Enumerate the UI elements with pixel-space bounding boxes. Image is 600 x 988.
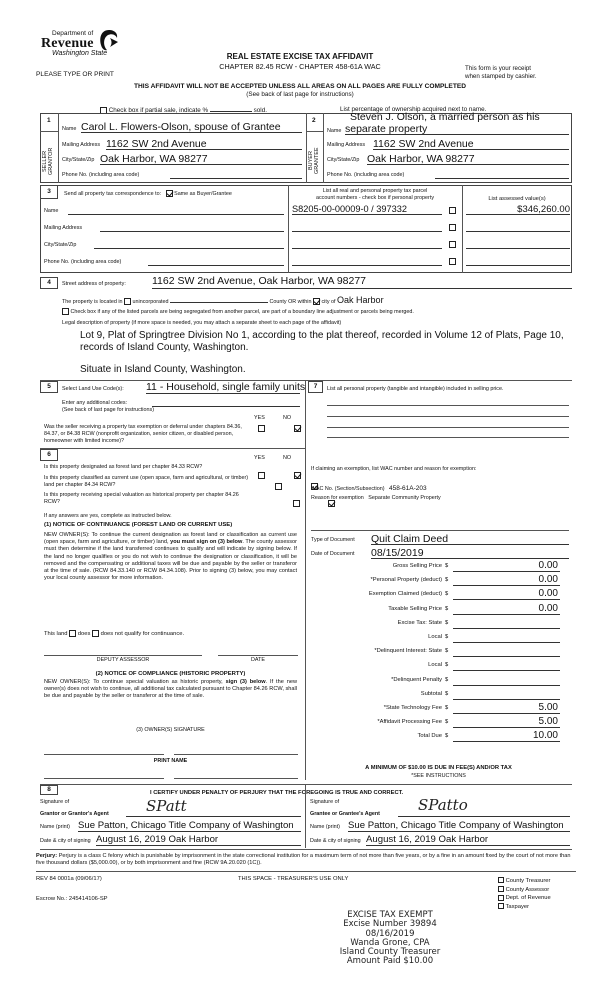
buyer-phone-field[interactable] — [435, 170, 569, 179]
personal-property-checkbox[interactable] — [449, 241, 456, 248]
notice-compliance-title: (2) NOTICE OF COMPLIANCE (HISTORIC PROPE… — [44, 671, 297, 677]
owner-signature-line[interactable] — [174, 754, 298, 755]
copy-checkbox[interactable] — [498, 886, 504, 892]
escrow-label: Escrow No.: — [36, 896, 67, 902]
fee-row: *Personal Property (deduct) $ 0.00 — [305, 575, 560, 586]
grantee-sig-label: Signature of — [310, 799, 339, 805]
designation-yes-checkbox[interactable] — [275, 483, 282, 490]
section-5-number: 5 — [40, 381, 58, 393]
city-of-value[interactable]: Oak Harbor — [337, 295, 384, 305]
deputy-assessor-label: DEPUTY ASSESSOR — [44, 657, 202, 663]
print-name-label: PRINT NAME — [44, 758, 297, 764]
personal-property-label: List all personal property (tangible and… — [327, 386, 504, 392]
fee-value: 0.00 — [539, 603, 558, 614]
grantor-agent-label: Grantor or Grantor's Agent — [40, 811, 109, 817]
seller-address-field[interactable]: 1162 SW 2nd Avenue — [106, 138, 302, 150]
dollar-sign: $ — [445, 591, 448, 597]
corr-address-label: Mailing Address — [44, 225, 82, 231]
fee-amount-field[interactable] — [453, 599, 560, 600]
corr-phone-label: Phone No. (including area code) — [44, 259, 121, 265]
personal-property-line[interactable] — [327, 437, 569, 438]
personal-property-line[interactable] — [327, 405, 569, 406]
fee-amount-field[interactable] — [453, 571, 560, 572]
county-label: County OR within — [270, 299, 312, 305]
does-not-label: does not qualify for continuance. — [101, 631, 184, 637]
reason-value[interactable]: Separate Community Property — [368, 495, 441, 501]
personal-property-checkbox[interactable] — [449, 207, 456, 214]
partial-sale-percent-field[interactable] — [210, 105, 252, 112]
unincorporated-checkbox[interactable] — [124, 298, 131, 305]
fee-row: Local $ — [305, 632, 560, 643]
legal-description-line[interactable]: records of Island County, Washington. — [80, 342, 248, 353]
parcel-row: S8205-00-00009-0 / 397332 — [292, 206, 462, 216]
corr-address-field[interactable] — [100, 223, 284, 232]
assessed-value-field[interactable]: $346,260.00 — [466, 204, 570, 215]
grantor-signature-field[interactable]: SPatt — [126, 800, 301, 817]
designation-question: Is this property receiving special valua… — [44, 492, 249, 506]
county-field[interactable] — [170, 297, 268, 303]
send-correspondence-label: Send all property tax correspondence to: — [64, 191, 161, 197]
segregated-checkbox[interactable] — [62, 308, 69, 315]
buyer-address-field[interactable]: 1162 SW 2nd Avenue — [373, 138, 569, 150]
seller-name-label: Name — [62, 126, 76, 132]
fee-label: *Affidavit Processing Fee — [377, 719, 442, 725]
copy-recipient: Taxpayer — [498, 903, 551, 912]
section-2-number: 2 — [312, 117, 316, 124]
fee-label: *State Technology Fee — [384, 705, 442, 711]
notice-continuance-text: NEW OWNER(S): To continue the current de… — [44, 532, 297, 582]
fee-label: Gross Selling Price — [393, 563, 442, 569]
does-not-qualify-checkbox[interactable] — [92, 630, 99, 637]
perjury-notice: Perjury: Perjury is a class C felony whi… — [36, 853, 576, 867]
buyer-city-field[interactable]: Oak Harbor, WA 98277 — [367, 153, 569, 165]
parcel-number-field[interactable]: S8205-00-00009-0 / 397332 — [292, 204, 442, 215]
certify-statement: I CERTIFY UNDER PENALTY OF PERJURY THAT … — [150, 790, 403, 796]
does-label: does — [78, 631, 91, 637]
copy-checkbox[interactable] — [498, 877, 504, 883]
fee-row: Local $ — [305, 660, 560, 671]
additional-codes-field[interactable] — [152, 398, 300, 407]
owner-signature-label: (3) OWNER(S) SIGNATURE — [44, 727, 297, 733]
buyer-name-label: Name — [327, 128, 341, 134]
no-header: NO — [283, 415, 291, 421]
fee-label: Total Due — [418, 733, 443, 739]
doc-date-label: Date of Document — [311, 551, 354, 557]
grantor-date-label: Date & city of signing — [40, 838, 91, 844]
fee-label: *Delinquent Penalty — [391, 677, 442, 683]
located-label: The property is located in — [62, 299, 123, 305]
fee-label: Excise Tax: State — [398, 620, 442, 626]
reason-label: Reason for exemption — [311, 495, 364, 501]
grantor-sig-label: Signature of — [40, 799, 69, 805]
buyer-phone-label: Phone No. (including area code) — [327, 172, 404, 178]
copy-label: County Treasurer — [506, 878, 551, 884]
fee-row: Exemption Claimed (deduct) $ 0.00 — [305, 589, 560, 600]
fee-amount-field[interactable] — [453, 727, 560, 728]
receipt-note: This form is your receipt — [465, 65, 537, 73]
seller-phone-label: Phone No. (including area code) — [62, 172, 139, 178]
parcel-row — [292, 223, 462, 233]
fee-row: Subtotal $ — [305, 689, 560, 700]
seller-city-field[interactable]: Oak Harbor, WA 98277 — [100, 153, 302, 165]
copy-recipient: County Treasurer — [498, 877, 551, 886]
personal-property-line[interactable] — [327, 427, 569, 428]
yes-header: YES — [254, 415, 265, 421]
parcel-header: List all real and personal property tax … — [290, 188, 460, 195]
dollar-sign: $ — [445, 662, 448, 668]
section-1-number: 1 — [47, 117, 51, 124]
fee-value: 0.00 — [539, 560, 558, 571]
dollar-sign: $ — [445, 733, 448, 739]
fee-row: Taxable Selling Price $ 0.00 — [305, 604, 560, 615]
exemption-yes-checkbox[interactable] — [258, 425, 265, 432]
fee-amount-field[interactable] — [453, 741, 560, 742]
section-3-number: 3 — [40, 185, 58, 199]
grantor-name-field[interactable]: Sue Patton, Chicago Title Company of Was… — [78, 820, 301, 832]
corr-name-label: Name — [44, 208, 58, 214]
fee-amount-field[interactable] — [453, 585, 560, 586]
copy-checkbox[interactable] — [498, 903, 504, 909]
minimum-note: A MINIMUM OF $10.00 IS DUE IN FEE(S) AND… — [305, 765, 572, 771]
parcel-number-field[interactable] — [292, 221, 442, 232]
copy-label: Taxpayer — [506, 904, 530, 910]
assessed-header: List assessed value(s) — [464, 196, 570, 202]
fee-row: *State Technology Fee $ 5.00 — [305, 703, 560, 714]
street-address-label: Street address of property: — [62, 281, 126, 287]
designation-no-checkbox[interactable] — [294, 472, 301, 479]
exemption-no-checkbox[interactable] — [294, 425, 301, 432]
notice-continuance-title: (1) NOTICE OF CONTINUANCE (FOREST LAND O… — [44, 522, 232, 528]
designation-no-checkbox[interactable] — [328, 500, 335, 507]
dollar-sign: $ — [445, 577, 448, 583]
does-qualify-checkbox[interactable] — [69, 630, 76, 637]
if-any-yes-note: If any answers are yes, complete as inst… — [44, 513, 172, 519]
unincorporated-label: unincorporated — [133, 299, 169, 305]
notice-compliance-text: NEW OWNER(S): To continue special valuat… — [44, 679, 297, 701]
please-type-label: PLEASE TYPE OR PRINT — [36, 71, 114, 78]
land-use-field[interactable]: 11 - Household, single family units — [146, 381, 300, 394]
doc-type-field[interactable]: Quit Claim Deed — [371, 533, 569, 545]
fee-amount-field[interactable] — [453, 628, 560, 629]
grantor-label: GRANTOR — [48, 147, 54, 174]
assessed-value-field[interactable] — [466, 238, 570, 249]
excise-exempt-stamp: EXCISE TAX EXEMPTExcise Number 3989408/1… — [330, 911, 450, 967]
assessed-value-field[interactable] — [466, 255, 570, 266]
seller-phone-field[interactable] — [170, 170, 302, 179]
dollar-sign: $ — [445, 563, 448, 569]
corr-phone-field[interactable] — [148, 257, 284, 266]
seller-name-field[interactable]: Carol L. Flowers-Olson, spouse of Grante… — [81, 121, 302, 133]
seller-address-label: Mailing Address — [62, 142, 100, 148]
date-label: DATE — [218, 657, 298, 663]
dollar-sign: $ — [445, 620, 448, 626]
buyer-city-label: City/State/Zip — [327, 157, 359, 163]
street-address-field[interactable]: 1162 SW 2nd Avenue, Oak Harbor, WA 98277 — [152, 275, 572, 289]
fee-label: Local — [428, 662, 442, 668]
dollar-sign: $ — [445, 634, 448, 640]
city-checkbox[interactable] — [313, 298, 320, 305]
fee-value: 5.00 — [539, 702, 558, 713]
seller-city-label: City/State/Zip — [62, 157, 94, 163]
this-land-label: This land — [44, 631, 68, 637]
fee-amount-field[interactable] — [453, 670, 560, 671]
fee-value: 10.00 — [533, 730, 558, 741]
no-header: NO — [283, 455, 291, 461]
copy-label: County Assessor — [506, 887, 550, 893]
personal-property-checkbox[interactable] — [449, 224, 456, 231]
buyer-name-field[interactable]: separate property — [345, 123, 569, 135]
fee-label: Local — [428, 634, 442, 640]
city-of-label: city of — [321, 299, 335, 305]
legal-description-line[interactable]: Lot 9, Plat of Springtree Division No 1,… — [80, 330, 564, 341]
parcel-header: account numbers - check box if personal … — [290, 195, 460, 202]
dollar-sign: $ — [445, 648, 448, 654]
fee-label: Taxable Selling Price — [388, 606, 442, 612]
fee-row: *Affidavit Processing Fee $ 5.00 — [305, 717, 560, 728]
grantor-signature: SPatt — [146, 797, 187, 815]
fee-row: Gross Selling Price $ 0.00 — [305, 561, 560, 572]
owner-signature-line[interactable] — [44, 754, 164, 755]
doc-date-field[interactable]: 08/15/2019 — [371, 547, 569, 559]
treasurer-use-label: THIS SPACE - TREASURER'S USE ONLY — [238, 876, 348, 882]
designation-question: Is this property designated as forest la… — [44, 464, 249, 471]
designation-yes-checkbox[interactable] — [293, 500, 300, 507]
grantee-signature: SPatto — [418, 796, 468, 814]
doc-type-label: Type of Document — [311, 537, 355, 543]
assessed-value-field[interactable] — [466, 221, 570, 232]
dollar-sign: $ — [445, 691, 448, 697]
form-subtitle: CHAPTER 82.45 RCW - CHAPTER 458-61A WAC — [170, 62, 430, 71]
corr-city-field[interactable] — [94, 240, 284, 249]
grantee-date-label: Date & city of signing — [310, 838, 361, 844]
fee-label: *Personal Property (deduct) — [370, 577, 442, 583]
dollar-sign: $ — [445, 606, 448, 612]
parcel-number-field[interactable] — [292, 238, 442, 249]
escrow-value: 245414106-SP — [69, 896, 108, 902]
receipt-note: when stamped by cashier. — [465, 73, 537, 81]
wac-label: WAC No. (Section/Subsection) — [311, 486, 385, 492]
stamp-line: Amount Paid $10.00 — [330, 957, 450, 966]
grantor-date-field[interactable]: August 16, 2019 Oak Harbor — [96, 834, 301, 846]
corr-name-field[interactable] — [68, 206, 284, 215]
dollar-sign: $ — [445, 677, 448, 683]
designation-yes-checkbox[interactable] — [258, 472, 265, 479]
copy-recipient: County Assessor — [498, 886, 551, 895]
fee-row: *Delinquent Interest: State $ — [305, 646, 560, 657]
dollar-sign: $ — [445, 705, 448, 711]
copy-checkbox[interactable] — [498, 895, 504, 901]
dollar-sign: $ — [445, 719, 448, 725]
wac-value[interactable]: 458-61A-203 — [389, 485, 427, 492]
fee-row: Excise Tax: State $ — [305, 618, 560, 629]
form-title: REAL ESTATE EXCISE TAX AFFIDAVIT — [170, 52, 430, 61]
designation-question: Is this property classified as current u… — [44, 475, 249, 489]
buyer-name-line1[interactable]: Steven J. Olson, a married person as his — [350, 111, 540, 123]
buyer-address-label: Mailing Address — [327, 142, 365, 148]
exemption-label: If claiming an exemption, list WAC numbe… — [311, 466, 477, 472]
personal-property-checkbox[interactable] — [449, 258, 456, 265]
grantee-date-field[interactable]: August 16, 2019 Oak Harbor — [366, 834, 570, 846]
see-instructions: *SEE INSTRUCTIONS — [305, 773, 572, 779]
grantee-name-field[interactable]: Sue Patton, Chicago Title Company of Was… — [348, 820, 570, 832]
grantee-label: GRANTEE — [314, 148, 320, 175]
copy-recipient: Dept. of Revenue — [498, 894, 551, 903]
additional-codes-label: Enter any additional codes: — [62, 400, 127, 406]
copy-label: Dept. of Revenue — [506, 895, 551, 901]
legal-description-line[interactable]: Situate in Island County, Washington. — [80, 364, 246, 375]
yes-header: YES — [254, 455, 265, 461]
segregated-label: Check box if any of the listed parcels a… — [71, 309, 414, 315]
fee-amount-field[interactable] — [453, 642, 560, 643]
fee-label: Exemption Claimed (deduct) — [369, 591, 442, 597]
exemption-question: Was the seller receiving a property tax … — [44, 424, 249, 445]
fee-amount-field[interactable] — [453, 713, 560, 714]
grantee-name-label: Name (print) — [310, 824, 340, 830]
dor-logo: Department of Revenue Washington State — [38, 30, 118, 60]
print-name-line[interactable] — [44, 778, 164, 779]
fee-amount-field[interactable] — [453, 685, 560, 686]
same-as-buyer-label: Same as Buyer/Grantee — [174, 191, 232, 197]
personal-property-line[interactable] — [327, 416, 569, 417]
same-as-buyer-checkbox[interactable] — [166, 190, 173, 197]
section-8-number: 8 — [40, 785, 58, 795]
fee-label: *Delinquent Interest: State — [374, 648, 442, 654]
fee-amount-field[interactable] — [453, 614, 560, 615]
corr-city-label: City/State/Zip — [44, 242, 76, 248]
parcel-number-field[interactable] — [292, 255, 442, 266]
fee-label: Subtotal — [421, 691, 442, 697]
grantee-signature-field[interactable]: SPatto — [398, 800, 570, 817]
fee-amount-field[interactable] — [453, 699, 560, 700]
print-name-line[interactable] — [174, 778, 298, 779]
warning-banner: THIS AFFIDAVIT WILL NOT BE ACCEPTED UNLE… — [60, 83, 540, 90]
grantor-name-label: Name (print) — [40, 824, 70, 830]
parcel-row — [292, 240, 462, 250]
parcel-row — [292, 257, 462, 267]
fee-value: 0.00 — [539, 588, 558, 599]
see-back-note: (See back of last page for instructions) — [60, 91, 540, 98]
fee-value: 5.00 — [539, 716, 558, 727]
fee-row: *Delinquent Penalty $ — [305, 675, 560, 686]
section-7-number: 7 — [308, 381, 323, 393]
see-back-note-5: (See back of last page for instructions) — [62, 407, 154, 413]
section-4-number: 4 — [40, 277, 58, 289]
land-use-label: Select Land Use Code(s): — [62, 386, 124, 392]
fee-amount-field[interactable] — [453, 656, 560, 657]
fee-value: 0.00 — [539, 574, 558, 585]
dor-swirl-logo-icon — [98, 28, 120, 52]
fee-row: Total Due $ 10.00 — [305, 731, 560, 742]
grantee-agent-label: Grantee or Grantee's Agent — [310, 811, 380, 817]
form-id: REV 84 0001a (09/06/17) — [36, 876, 102, 882]
section-6-number: 6 — [40, 449, 58, 461]
legal-description-label: Legal description of property (if more s… — [62, 320, 341, 326]
